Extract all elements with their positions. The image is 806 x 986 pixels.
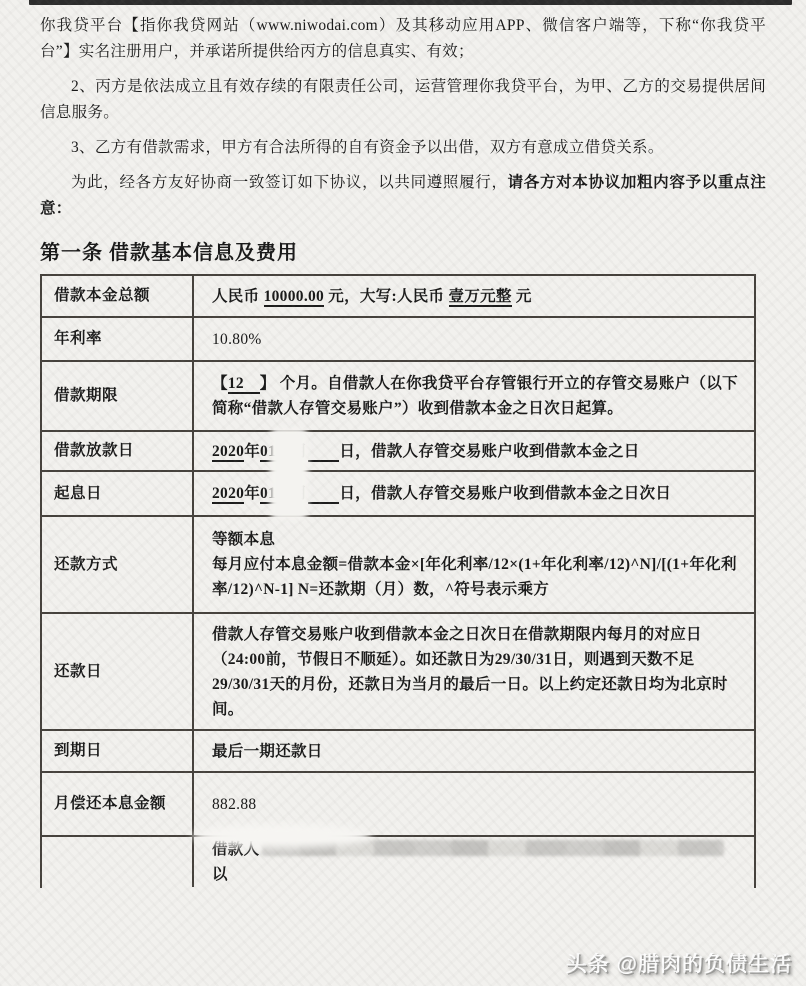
row-label-annual-rate: 年利率 [42,318,194,360]
text-segment: 人民币 [212,288,264,305]
row-value-principal: 人民币 10000.00 元，大写:人民币 壹万元整 元 [194,276,754,316]
redaction-blob-arc [192,824,372,848]
row-value-text: 人民币 10000.00 元，大写:人民币 壹万元整 元 [212,284,740,309]
table-row-maturity-date: 到期日最后一期还款日 [42,729,754,771]
row-label-borrower [42,837,194,887]
text-segment: 2020 [212,485,244,504]
table-row-repayment-method: 还款方式等额本息 每月应付本息金额=借款本金×[年化利率/12×(1+年化利率/… [42,515,754,612]
row-label-repayment-method: 还款方式 [42,517,194,612]
table-row-interest-start-date: 起息日2020年01 月 日，借款人存管交易账户收到借款本金之日次日 [42,470,754,515]
text-segment: 【 [212,375,228,392]
table-row-repayment-day: 还款日借款人存管交易账户收到借款本金之日次日在借款期限内每月的对应日（24:00… [42,612,754,729]
table-row-disbursement-date: 借款放款日2020年01 月 日，借款人存管交易账户收到借款本金之日 [42,430,754,470]
intro-paragraph-agreement-note: 为此，经各方友好协商一致签订如下协议，以共同遵照履行，请各方对本协议加粗内容予以… [40,170,766,222]
toutiao-watermark: 头条 @腊肉的负债生活 [566,948,792,978]
row-label-term: 借款期限 [42,362,194,430]
text-segment: 882.88 [212,796,256,813]
text-segment: 10.80% [212,331,262,348]
row-value-text: 最后一期还款日 [212,739,740,764]
table-rows: 借款本金总额人民币 10000.00 元，大写:人民币 壹万元整 元年利率10.… [42,276,754,887]
table-row-monthly-payment: 月偿还本息金额882.88 [42,771,754,835]
row-value-text: 10.80% [212,327,740,352]
row-value-repayment-method: 等额本息 每月应付本息金额=借款本金×[年化利率/12×(1+年化利率/12)^… [194,517,754,612]
text-segment: 元，大写:人民币 [324,288,448,305]
row-value-annual-rate: 10.80% [194,318,754,360]
row-value-text: 借款人存管交易账户收到借款本金之日次日在借款期限内每月的对应日（24:00前，节… [212,622,740,722]
row-value-text: 等额本息 每月应付本息金额=借款本金×[年化利率/12×(1+年化利率/12)^… [212,527,740,602]
redaction-blob-day-number [270,428,308,520]
row-label-repayment-day: 还款日 [42,614,194,729]
document-content: 你我贷平台【指你我贷网站（www.niwodai.com）及其移动应用APP、微… [40,13,766,888]
text-segment: 12 [228,375,260,394]
text-segment: 2020 [212,443,244,462]
agreement-note-lead: 为此，经各方友好协商一致签订如下协议，以共同遵照履行， [71,174,508,191]
table-row-term: 借款期限【12 】 个月。自借款人在你我贷平台存管银行开立的存管交易账户（以下简… [42,360,754,430]
text-segment [308,443,340,462]
table-row-principal: 借款本金总额人民币 10000.00 元，大写:人民币 壹万元整 元 [42,276,754,316]
row-value-text: 882.88 [212,792,740,817]
row-label-principal: 借款本金总额 [42,276,194,316]
loan-basic-info-table: 借款本金总额人民币 10000.00 元，大写:人民币 壹万元整 元年利率10.… [40,274,756,888]
text-segment: 年 [244,443,260,460]
row-value-maturity-date: 最后一期还款日 [194,731,754,771]
table-row-annual-rate: 年利率10.80% [42,316,754,360]
text-segment: 年 [244,485,260,502]
text-segment: 】 个月。自借款人在你我贷平台存管银行开立的存管交易账户（以下简称“借款人存管交… [212,375,738,417]
row-value-repayment-day: 借款人存管交易账户收到借款本金之日次日在借款期限内每月的对应日（24:00前，节… [194,614,754,729]
intro-paragraph-platform-definition: 你我贷平台【指你我贷网站（www.niwodai.com）及其移动应用APP、微… [40,13,766,65]
row-label-interest-start-date: 起息日 [42,472,194,515]
text-segment: 壹万元整 [449,288,512,307]
row-value-text: 【12 】 个月。自借款人在你我贷平台存管银行开立的存管交易账户（以下简称“借款… [212,371,740,421]
text-segment: 借款人存管交易账户收到借款本金之日次日在借款期限内每月的对应日（24:00前，节… [212,626,728,718]
text-segment: 10000.00 [264,288,325,307]
text-segment: 日，借款人存管交易账户收到借款本金之日次日 [339,485,671,502]
text-segment: 等额本息 每月应付本息金额=借款本金×[年化利率/12×(1+年化利率/12)^… [212,531,737,598]
text-segment: 元 [512,288,532,305]
table-row-borrower: 借款人以 [42,835,754,887]
row-value-term: 【12 】 个月。自借款人在你我贷平台存管银行开立的存管交易账户（以下简称“借款… [194,362,754,430]
text-segment: 最后一期还款日 [212,743,323,760]
scan-top-edge-bar [29,0,792,5]
row-label-maturity-date: 到期日 [42,731,194,771]
row-label-disbursement-date: 借款放款日 [42,432,194,470]
section-title-article-1: 第一条 借款基本信息及费用 [40,236,766,265]
text-segment: 以 [212,866,228,883]
intro-paragraph-clause-2: 2、丙方是依法成立且有效存续的有限责任公司，运营管理你我贷平台，为甲、乙方的交易… [40,74,766,126]
scanned-loan-contract-page: 你我贷平台【指你我贷网站（www.niwodai.com）及其移动应用APP、微… [0,0,806,986]
row-label-monthly-payment: 月偿还本息金额 [42,773,194,835]
text-segment [308,485,340,504]
text-segment: 日，借款人存管交易账户收到借款本金之日 [339,443,639,460]
intro-paragraph-clause-3: 3、乙方有借款需求，甲方有合法所得的自有资金予以出借，双方有意成立借贷关系。 [40,135,766,161]
